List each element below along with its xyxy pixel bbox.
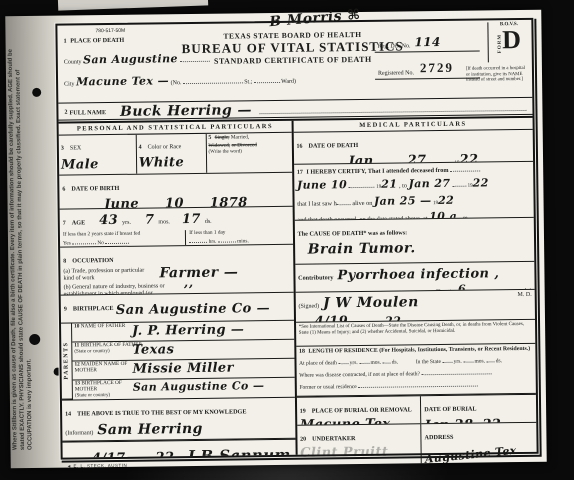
physician-signature: J W Moulen [323, 294, 419, 311]
from-year-value: 21 [381, 178, 397, 191]
yes-label: Yes [63, 241, 71, 247]
international-list-footnote: *See International List of Causes of Dea… [299, 322, 524, 336]
signed-label: (Signed) [298, 303, 319, 309]
ds-label: ds. [205, 219, 212, 225]
contributory-value: Pyorrhoea infection , [337, 266, 499, 283]
res-mos-label-2: mos. [474, 358, 485, 364]
last-saw-value: Jan 25 — [374, 194, 432, 208]
res-ds-label-1: ds. [392, 360, 398, 366]
marital-single: Single, [215, 135, 230, 141]
form-columns: PERSONAL AND STATISTICAL PARTICULARS 3 S… [59, 118, 537, 458]
registered-value: 2729 [420, 60, 454, 76]
dotted-blank [338, 357, 348, 364]
occupation-label: OCCUPATION [72, 257, 113, 265]
at-place-label: At place of death [299, 360, 337, 366]
place-number: 1 [64, 39, 67, 45]
race-value: White [139, 155, 204, 171]
saw-year-value: 22 [438, 193, 454, 206]
race-number: 4 [139, 145, 142, 151]
form-letter-d: D [502, 27, 521, 53]
no-label: No [97, 240, 104, 246]
form-d-box: B.O.V.S. FORM D [487, 22, 529, 63]
reg-dis-value: 114 [414, 35, 440, 49]
dotted-blank [183, 76, 243, 84]
father-bp-sublabel: (State or country) [74, 349, 109, 354]
birthplace-row: 9 BIRTHPLACE (State or country) San Augu… [61, 293, 294, 324]
full-name-label: FULL NAME [69, 109, 106, 116]
date-of-death-row: 16 DATE OF DEATH Jan 27 1922 (Month) (Da… [293, 130, 533, 165]
last-saw-label: that I last saw h [297, 200, 337, 207]
informant-value: Sam Herring [97, 421, 203, 438]
father-bp-number: 11 [74, 342, 79, 348]
informant-number: 14 [65, 412, 71, 418]
attended-from-value: June 10 [297, 178, 347, 192]
sex-label: SEX [70, 145, 81, 151]
dob-month: June [104, 197, 139, 210]
dotted-blank [463, 356, 473, 363]
filed-year: 22 [155, 450, 174, 457]
father-birthplace-value: Texas [132, 342, 174, 358]
informant-statement: THE ABOVE IS TRUE TO THE BEST OF MY KNOW… [77, 408, 246, 417]
burial-date-label: DATE OF BURIAL [424, 406, 476, 414]
res-mos-label-1: mos. [370, 360, 381, 366]
dob-label: DATE OF BIRTH [71, 185, 119, 193]
date-of-birth-row: 6 DATE OF BIRTH June 10 1878 (Month) (Da… [59, 173, 292, 210]
dod-label: DATE OF DEATH [308, 142, 358, 150]
mother-name-value: Missie Miller [132, 361, 233, 377]
father-name-value: J. P. Herring — [132, 322, 244, 338]
age-months: 7 [145, 212, 155, 227]
dotted-blank [442, 356, 452, 363]
father-number: 10 [74, 323, 79, 329]
footnote-row: *See International List of Causes of Dea… [296, 320, 536, 347]
burial-undertaker-block: 19 PLACE OF BURIAL OR REMOVAL Macune Tex… [297, 394, 537, 465]
dob-number: 6 [62, 187, 65, 193]
parents-label: PARENTS [63, 342, 69, 380]
to-year-value: 22 [473, 176, 489, 189]
md-label: M. D. [517, 292, 531, 298]
dotted-blank [452, 180, 466, 187]
informant-row: 14 THE ABOVE IS TRUE TO THE BEST OF MY K… [62, 397, 295, 442]
res-ds-label-2: ds. [496, 358, 502, 364]
filed-row: 15 Filed 4/17 19 22 J B Sannum Registrar [62, 439, 295, 458]
sex-number: 3 [61, 146, 64, 152]
contributory-label: Contributory [298, 274, 333, 281]
mos-label: mos. [158, 219, 170, 225]
certificate-paper: Where Stillborn is given as cause of Dea… [5, 10, 546, 469]
parents-block: PARENTS 10 NAME OF FATHER J. P. Herring … [61, 321, 295, 400]
dotted-blank [189, 236, 207, 243]
hospital-note: [If death occurred in a hospital or inst… [466, 66, 530, 83]
dotted-blank [254, 76, 280, 83]
mins-label: mins. [237, 238, 249, 244]
residence-number: 18 [299, 349, 305, 355]
filed-date: 4/17 [92, 451, 126, 458]
residence-row: 18 LENGTH OF RESIDENCE (For Hospitals, I… [296, 344, 536, 397]
undertaker-label: UNDERTAKER [312, 435, 355, 443]
occupation-row: 8 OCCUPATION (a) Trade, profession or pa… [60, 245, 293, 296]
marital-widowed: Widowed, [208, 142, 230, 148]
birthplace-label: BIRTHPLACE [73, 305, 114, 312]
medical-column: MEDICAL PARTICULARS 16 DATE OF DEATH Jan… [293, 118, 536, 455]
adjacent-page-edge [58, 0, 208, 11]
certify-row: 17 I HEREBY CERTIFY, That I attended dec… [294, 162, 534, 221]
dotted-blank [421, 367, 491, 375]
marital-divorced: or Divorced [231, 142, 257, 148]
dotted-blank [382, 357, 390, 364]
margin-instructions: Where Stillborn is given as cause of Dea… [8, 42, 57, 451]
certificate-form: 780-517-50M B Morris ⌘ TEXAS STATE BOARD… [55, 18, 538, 460]
age-number: 7 [63, 221, 66, 227]
yrs-label: yrs. [122, 220, 131, 226]
certify-number: 17 [297, 170, 303, 176]
age-label: AGE [72, 219, 86, 226]
sex-value: Male [61, 157, 134, 173]
form-word: FORM [497, 27, 502, 53]
contracted-label: Where was disease contracted, if not at … [299, 371, 420, 378]
former-residence-label: Former or usual residence [299, 384, 356, 391]
dotted-blank [486, 355, 494, 362]
occupation-a-label: (a) Trade, profession or particular kind… [63, 268, 153, 283]
birthplace-number: 9 [64, 307, 67, 313]
county-value: San Augustine [83, 52, 178, 66]
residence-label: LENGTH OF RESIDENCE (For Hospitals, Inst… [308, 346, 530, 355]
in-state-label: In the State [416, 359, 441, 365]
undertaker-address-cell: ADDRESS Augustine Tex [421, 423, 536, 463]
father-label: NAME OF FATHER [81, 323, 126, 330]
stock-number: 780-517-50M [95, 28, 125, 34]
dotted-blank [105, 237, 129, 244]
marital-married: Married, [231, 134, 249, 140]
dotted-blank [179, 55, 209, 62]
street-no-label: (No. [171, 80, 182, 86]
undertaker-number: 20 [300, 437, 306, 443]
attended-to-value: Jan 27 [408, 177, 450, 191]
cause-label: The CAUSE OF DEATH* was as follows: [298, 229, 408, 237]
dotted-blank [450, 165, 480, 172]
burial-place-cell: 19 PLACE OF BURIAL OR REMOVAL Macune Tex [297, 396, 421, 426]
contributory-row: Contributory Pyorrhoea infection , (Seco… [295, 262, 535, 293]
to-label: , to [399, 182, 407, 189]
printer-mark: E. L. STECK, AUSTIN [67, 463, 128, 469]
undertaker-cell: 20 UNDERTAKER Clint Pruitt [297, 424, 421, 465]
full-name-value: Buck Herring — [120, 102, 252, 120]
alive-label: alive on [352, 199, 372, 206]
dod-number: 16 [296, 144, 302, 150]
age-years: 43 [99, 213, 118, 228]
parents-side-label: PARENTS [61, 323, 73, 399]
marital-note: (Write the word) [208, 150, 241, 155]
age-row: 7 AGE 43 yrs. 7 mos. 17 ds. If les [60, 207, 293, 248]
dotted-blank [218, 235, 236, 242]
mother-label: MAIDEN NAME OF MOTHER [75, 361, 128, 373]
undertaker-address-label: ADDRESS [424, 434, 453, 441]
city-label: City [64, 81, 74, 87]
signed-row: (Signed) J W Moulen M. D. 4/19 1922 (Add… [295, 290, 535, 323]
sex-race-marital-row: 3 SEX Male 4 Color or Race White 5 [59, 133, 292, 176]
street-ward-label: Ward) [281, 79, 296, 85]
dotted-blank [359, 357, 369, 364]
place-label: PLACE OF DEATH [70, 37, 124, 45]
dotted-blank [260, 103, 527, 113]
informant-label: (Informant) [65, 430, 93, 436]
registrar-signature: J B Sannum [187, 446, 291, 458]
res-yrs-label-1: yrs. [350, 360, 358, 366]
county-label: County [64, 59, 82, 65]
street-st-label: St.; [244, 79, 252, 85]
burial-date-cell: DATE OF BURIAL Jan 28 1922 [421, 395, 536, 424]
cause-value: Brain Tumor. [308, 240, 416, 257]
dotted-blank [349, 181, 375, 188]
dotted-blank [358, 380, 478, 388]
hrs-label: hrs. [209, 239, 217, 245]
age-days: 17 [182, 212, 201, 227]
marital-number: 5 [208, 135, 211, 141]
undertaker-address-value: Augustine Tex [424, 442, 534, 463]
mother-bp-label: BIRTHPLACE OF MOTHER [75, 380, 122, 392]
undertaker-signature: Clint Pruitt [300, 444, 418, 460]
full-name-number: 2 [64, 110, 67, 116]
burial-number: 19 [300, 409, 306, 415]
handwritten-annotation: B Morris ⌘ [269, 7, 361, 30]
race-label: Color or Race [148, 144, 182, 150]
occupation-a-value: Farmer — [159, 264, 238, 281]
dotted-blank [337, 198, 351, 205]
mother-birthplace-value: San Augustine Co — [133, 379, 265, 394]
place-of-death-block: 1 PLACE OF DEATH County San Augustine Ci… [64, 34, 395, 98]
cause-of-death-row: The CAUSE OF DEATH* was as follows: Brai… [294, 218, 534, 265]
personal-column: PERSONAL AND STATISTICAL PARTICULARS 3 S… [59, 121, 298, 458]
burial-label: PLACE OF BURIAL OR REMOVAL [312, 406, 412, 414]
city-value: Macune Tex — [76, 74, 169, 88]
dotted-blank [72, 237, 96, 244]
birthplace-value: San Augustine Co — [116, 301, 294, 318]
mother-bp-sublabel: (State or country) [75, 393, 110, 398]
certify-text: I HEREBY CERTIFY, That I attended deceas… [306, 167, 448, 176]
form-header: 780-517-50M B Morris ⌘ TEXAS STATE BOARD… [57, 20, 532, 104]
scanned-photo: Where Stillborn is given as cause of Dea… [0, 0, 574, 480]
occupation-number: 8 [63, 259, 66, 265]
res-yrs-label-2: yrs. [454, 359, 462, 365]
